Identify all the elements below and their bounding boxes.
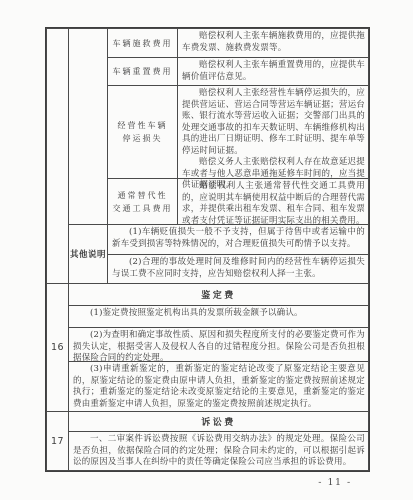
fee-name-alternative-transport: 通常替代性 交通工具费用 (107, 178, 178, 225)
paragraph: 赔偿权利人主张通常替代性交通工具费用的，应说明其车辆使用权益中断后的合理替代需求… (182, 181, 365, 227)
fee-desc-vehicle-rescue: 赔偿权利人主张车辆施救费用的，应提供拖车费发票、施救费发票等。 (177, 28, 369, 58)
fee-name-suspension-loss: 经营性车辆 停运损失 (107, 85, 178, 179)
appraisal-fee-item-1: (1)鉴定费按照鉴定机构出具的发票所载金额予以确认。 (68, 305, 369, 328)
other-notes-label: 其他说明 (68, 224, 108, 284)
paragraph: (3)申请重新鉴定的，重新鉴定的鉴定结论改变了原鉴定结论主要意见的，原鉴定结论的… (73, 364, 365, 410)
fee-name-line-1: 经营性车辆 (118, 119, 168, 132)
fee-name-line-2: 停运损失 (123, 132, 163, 145)
fee-name-text: 车辆施救费用 (113, 37, 173, 50)
paragraph: 赔偿权利人主张车辆重置费用的，应提供车辆价值评估意见。 (182, 60, 365, 83)
fee-name-text: 车辆重置费用 (113, 65, 173, 78)
fee-name-vehicle-rescue: 车辆施救费用 (107, 28, 178, 58)
row-number-16: 16 (46, 283, 69, 412)
fee-desc-vehicle-replacement: 赔偿权利人主张车辆重置费用的，应提供车辆价值评估意见。 (177, 57, 369, 86)
other-note-1: (1)车辆贬值损失一般不予支持，但属于待售中或者运输中的新车受到损害等特殊情况的… (107, 224, 369, 255)
fee-name-line-2: 交通工具费用 (113, 202, 173, 215)
fee-desc-alternative-transport: 赔偿权利人主张通常替代性交通工具费用的，应说明其车辆使用权益中断后的合理替代需求… (177, 178, 369, 225)
row-number-17: 17 (46, 411, 69, 471)
other-note-2: (2)合理的事故处理时间及维修时间内的经营性车辆停运损失与误工费不应同时支持，应… (107, 254, 369, 284)
page-number: - 11 - (300, 477, 370, 488)
paragraph: (1)车辆贬值损失一般不予支持，但属于待售中或者运输中的新车受到损害等特殊情况的… (112, 227, 365, 250)
paragraph: 赔偿权利人主张经营性车辆停运损失的，应提供营运证、营运合同等营运车辆证据；营运台… (182, 88, 365, 157)
paragraph: (2)为查明和确定事故性质、原因和损失程度所支付的必要鉴定费可作为损失认定，根据… (73, 330, 365, 365)
litigation-fee-content: 一、二审案件诉讼费按照《诉讼费用交纳办法》的规定处理。保险公司是否负担，依据保险… (68, 431, 369, 471)
fee-desc-suspension-loss: 赔偿权利人主张经营性车辆停运损失的，应提供营运证、营运合同等营运车辆证据；营运台… (177, 85, 369, 179)
section-title-litigation-fee: 诉讼费 (68, 411, 369, 432)
category-cell-empty (68, 28, 108, 225)
paragraph: (1)鉴定费按照鉴定机构出具的发票所载金额予以确认。 (73, 308, 365, 320)
paragraph: 一、二审案件诉讼费按照《诉讼费用交纳办法》的规定处理。保险公司是否负担，依据保险… (73, 434, 365, 469)
appraisal-fee-item-3: (3)申请重新鉴定的，重新鉴定的鉴定结论改变了原鉴定结论主要意见的，原鉴定结论的… (68, 361, 369, 412)
row-number-cell-empty (46, 28, 69, 284)
fee-name-vehicle-replacement: 车辆重置费用 (107, 57, 178, 86)
fee-name-line-1: 通常替代性 (118, 189, 168, 202)
appraisal-fee-item-2: (2)为查明和确定事故性质、原因和损失程度所支付的必要鉴定费可作为损失认定，根据… (68, 327, 369, 362)
paragraph: 赔偿权利人主张车辆施救费用的，应提供拖车费发票、施救费发票等。 (182, 31, 365, 54)
document-page: 16 17 其他说明 车辆施救费用 赔偿权利人主张车辆施救费用的，应提供拖车费发… (0, 0, 413, 500)
section-title-appraisal-fee: 鉴定费 (68, 283, 369, 306)
paragraph: (2)合理的事故处理时间及维修时间内的经营性车辆停运损失与误工费不应同时支持，应… (112, 257, 365, 280)
